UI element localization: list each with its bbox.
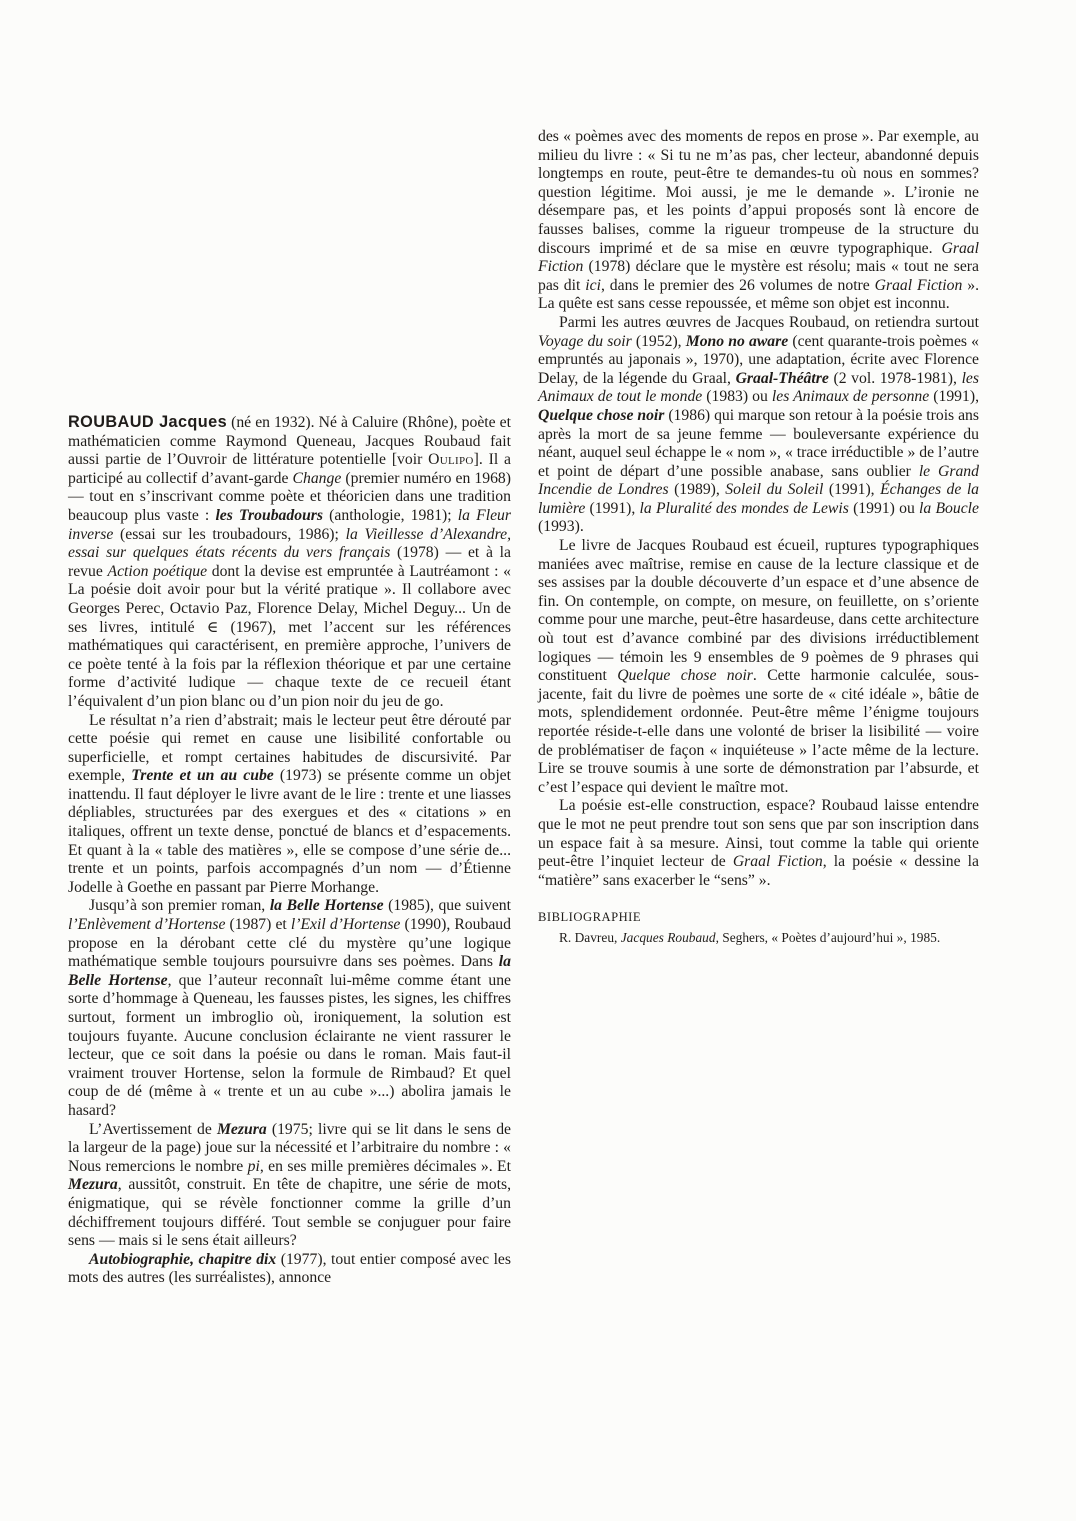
text-segment: (1973) se présente comme un objet inatte… (68, 767, 511, 896)
right-column: des « poèmes avec des moments de repos e… (538, 128, 979, 946)
paragraph: Autobiographie, chapitre dix (1977), tou… (68, 1251, 511, 1288)
text-segment: (1983) ou (702, 388, 772, 405)
text-segment: Change (293, 470, 342, 487)
paragraph: Parmi les autres œuvres de Jacques Rouba… (538, 314, 979, 537)
text-segment: (1987) et (225, 916, 290, 933)
paragraph: Le livre de Jacques Roubaud est écueil, … (538, 537, 979, 797)
text-segment: dont la devise est empruntée à Lautréamo… (68, 563, 511, 710)
text-segment: (1989), (669, 481, 726, 498)
text-segment: pi (248, 1158, 260, 1175)
text-segment: Graal Fiction (733, 853, 823, 870)
cross-reference: Oulipo (428, 451, 474, 468)
text-segment: Action poétique (107, 563, 207, 580)
text-segment: Mezura (68, 1176, 118, 1193)
text-segment: R. Davreu, (559, 930, 621, 945)
paragraph: des « poèmes avec des moments de repos e… (538, 128, 979, 314)
text-segment: la Belle Hortense (270, 897, 384, 914)
text-segment: (2 vol. 1978-1981), (829, 370, 962, 387)
text-segment: Quelque chose noir (617, 667, 753, 684)
scanned-dictionary-page: ROUBAUD Jacques (né en 1932). Né à Calui… (0, 0, 1076, 1521)
text-segment: la Pluralité des mondes de Lewis (640, 500, 849, 517)
text-segment: Graal Fiction (875, 277, 963, 294)
text-segment: Autobiographie, chapitre dix (89, 1251, 276, 1268)
text-segment: (1993). (538, 518, 584, 535)
text-segment: Le livre de Jacques Roubaud est écueil, … (538, 537, 979, 684)
text-segment: la Boucle (919, 500, 979, 517)
text-segment: les Animaux de personne (772, 388, 929, 405)
paragraph: Jusqu’à son premier roman, la Belle Hort… (68, 897, 511, 1120)
text-segment: Graal-Théâtre (736, 370, 829, 387)
text-segment: (1991), (823, 481, 880, 498)
text-segment: (1952), (632, 333, 686, 350)
text-segment: , que l’auteur reconnaît lui-même comme … (68, 972, 511, 1119)
text-segment: , Seghers, « Poètes d’aujourd’hui », 198… (716, 930, 941, 945)
text-segment: l’Enlèvement d’Hortense (68, 916, 225, 933)
text-segment: (1985), que suivent (384, 897, 511, 914)
text-segment: , en ses mille premières décimales ». Et (260, 1158, 511, 1175)
text-segment: Quelque chose noir (538, 407, 664, 424)
text-segment: Jusqu’à son premier roman, (89, 897, 270, 914)
text-segment: (1991), (929, 388, 979, 405)
text-segment: (essai sur les troubadours, 1986); (113, 526, 345, 543)
text-segment: Mezura (217, 1121, 267, 1138)
text-segment: Jacques Roubaud (621, 930, 716, 945)
entry-headword: ROUBAUD Jacques (68, 413, 227, 431)
text-segment: ici (585, 277, 601, 294)
text-segment: , aussitôt, construit. En tête de chapit… (68, 1176, 511, 1249)
paragraph: ROUBAUD Jacques (né en 1932). Né à Calui… (68, 413, 511, 712)
bibliography-entry: R. Davreu, Jacques Roubaud, Seghers, « P… (538, 930, 979, 946)
text-segment: (1991) ou (849, 500, 919, 517)
paragraph: L’Avertissement de Mezura (1975; livre q… (68, 1121, 511, 1251)
paragraph: La poésie est-elle construction, espace?… (538, 797, 979, 890)
text-segment: Parmi les autres œuvres de Jacques Rouba… (559, 314, 979, 331)
text-segment: , dans le premier des 26 volumes de notr… (601, 277, 875, 294)
text-segment: . Cette harmonie calculée, sous-jacente,… (538, 667, 979, 796)
text-segment: (anthologie, 1981); (323, 507, 458, 524)
text-segment: Soleil du Soleil (725, 481, 823, 498)
text-segment: Voyage du soir (538, 333, 632, 350)
left-column: ROUBAUD Jacques (né en 1932). Né à Calui… (68, 413, 511, 1288)
text-segment: Mono no aware (686, 333, 788, 350)
text-segment: les Troubadours (215, 507, 323, 524)
text-segment: l’Exil d’Hortense (291, 916, 401, 933)
paragraph: Le résultat n’a rien d’abstrait; mais le… (68, 712, 511, 898)
text-segment: Trente et un au cube (131, 767, 274, 784)
text-segment: (1991), (585, 500, 639, 517)
bibliography-section: BIBLIOGRAPHIER. Davreu, Jacques Roubaud,… (538, 908, 979, 946)
bibliography-heading: BIBLIOGRAPHIE (538, 908, 979, 927)
text-segment: L’Avertissement de (89, 1121, 217, 1138)
text-segment: des « poèmes avec des moments de repos e… (538, 128, 979, 257)
